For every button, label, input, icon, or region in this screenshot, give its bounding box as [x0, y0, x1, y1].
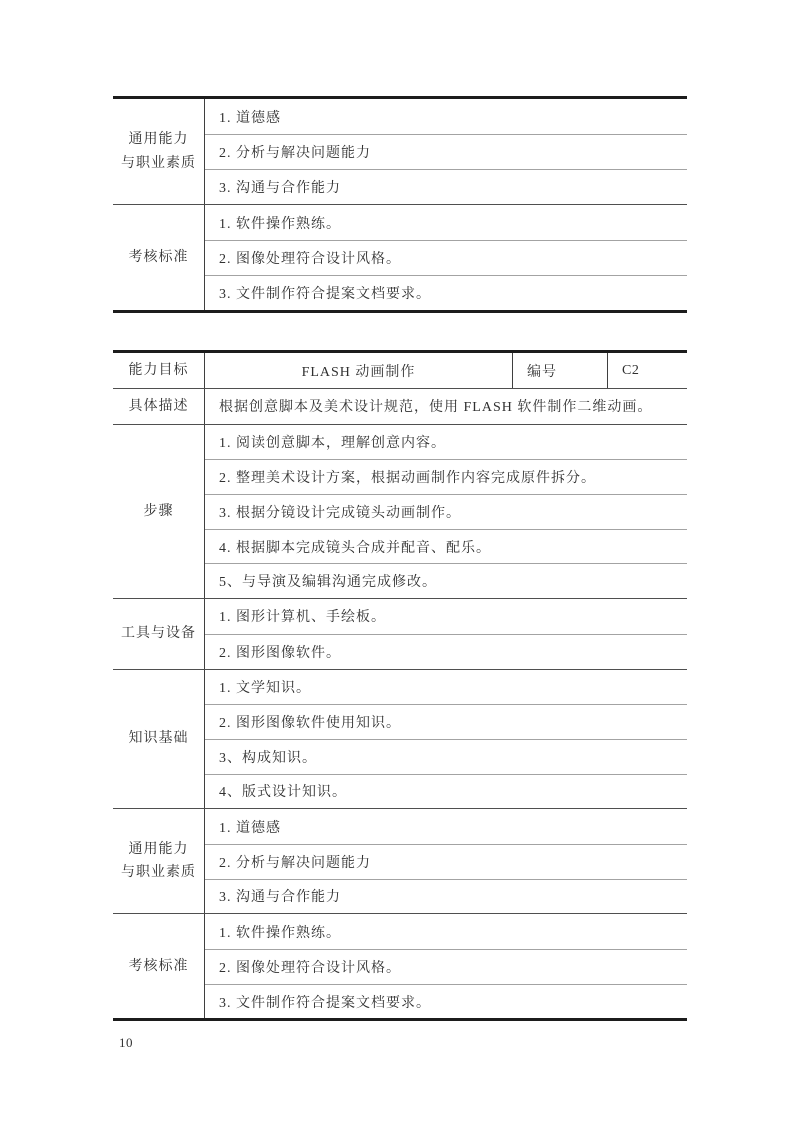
section-knowledge-base: 知识基础 1. 文学知识。 2. 图形图像软件使用知识。 3、构成知识。 4、版… [113, 669, 687, 809]
table-item: 3. 沟通与合作能力 [205, 879, 687, 914]
section-items: 1. 软件操作熟练。 2. 图像处理符合设计风格。 3. 文件制作符合提案文档要… [205, 914, 687, 1018]
table-item: 1. 软件操作熟练。 [205, 914, 687, 949]
table-item: 根据创意脚本及美术设计规范，使用 FLASH 软件制作二维动画。 [205, 389, 687, 424]
row-group-label: 通用能力 与职业素质 [113, 99, 205, 204]
table-item: 4、版式设计知识。 [205, 774, 687, 809]
row-group-label: 工具与设备 [113, 599, 205, 668]
section-items: 根据创意脚本及美术设计规范，使用 FLASH 软件制作二维动画。 [205, 389, 687, 424]
capability-header-row: 能力目标 FLASH 动画制作 编号 C2 [113, 353, 687, 388]
table-item: 5、与导演及编辑沟通完成修改。 [205, 563, 687, 598]
table-item: 1. 图形计算机、手绘板。 [205, 599, 687, 634]
code-value: C2 [607, 353, 687, 388]
section-items: 1. 图形计算机、手绘板。 2. 图形图像软件。 [205, 599, 687, 668]
table-item: 2. 图像处理符合设计风格。 [205, 240, 687, 275]
table-item: 2. 整理美术设计方案，根据动画制作内容完成原件拆分。 [205, 459, 687, 494]
section-tools-equipment: 工具与设备 1. 图形计算机、手绘板。 2. 图形图像软件。 [113, 598, 687, 668]
section-general-ability: 通用能力 与职业素质 1. 道德感 2. 分析与解决问题能力 3. 沟通与合作能… [113, 808, 687, 913]
table-item: 1. 文学知识。 [205, 670, 687, 705]
table-item: 2. 图形图像软件使用知识。 [205, 704, 687, 739]
section-assessment-criteria: 考核标准 1. 软件操作熟练。 2. 图像处理符合设计风格。 3. 文件制作符合… [113, 204, 687, 310]
table-item: 2. 分析与解决问题能力 [205, 134, 687, 169]
section-items: 1. 阅读创意脚本，理解创意内容。 2. 整理美术设计方案，根据动画制作内容完成… [205, 425, 687, 598]
capability-goal-label: 能力目标 [113, 353, 205, 388]
section-general-ability: 通用能力 与职业素质 1. 道德感 2. 分析与解决问题能力 3. 沟通与合作能… [113, 99, 687, 204]
capability-table-c1-tail: 通用能力 与职业素质 1. 道德感 2. 分析与解决问题能力 3. 沟通与合作能… [113, 96, 687, 313]
section-items: 1. 道德感 2. 分析与解决问题能力 3. 沟通与合作能力 [205, 99, 687, 204]
row-group-label: 步骤 [113, 425, 205, 598]
capability-title: FLASH 动画制作 [205, 353, 512, 388]
table-item: 2. 图形图像软件。 [205, 634, 687, 669]
table-item: 2. 图像处理符合设计风格。 [205, 949, 687, 984]
section-items: 1. 软件操作熟练。 2. 图像处理符合设计风格。 3. 文件制作符合提案文档要… [205, 205, 687, 310]
table-item: 3、构成知识。 [205, 739, 687, 774]
table-item: 1. 软件操作熟练。 [205, 205, 687, 240]
table-item: 3. 根据分镜设计完成镜头动画制作。 [205, 494, 687, 529]
section-items: 1. 文学知识。 2. 图形图像软件使用知识。 3、构成知识。 4、版式设计知识… [205, 670, 687, 809]
row-group-label: 考核标准 [113, 914, 205, 1018]
code-label: 编号 [512, 353, 607, 388]
page-number: 10 [119, 1035, 133, 1051]
section-description: 具体描述 根据创意脚本及美术设计规范，使用 FLASH 软件制作二维动画。 [113, 388, 687, 424]
section-steps: 步骤 1. 阅读创意脚本，理解创意内容。 2. 整理美术设计方案，根据动画制作内… [113, 424, 687, 598]
table-item: 3. 沟通与合作能力 [205, 169, 687, 204]
table-item: 1. 阅读创意脚本，理解创意内容。 [205, 425, 687, 460]
table-item: 3. 文件制作符合提案文档要求。 [205, 275, 687, 310]
table-item: 2. 分析与解决问题能力 [205, 844, 687, 879]
table-item: 3. 文件制作符合提案文档要求。 [205, 984, 687, 1019]
table-item: 1. 道德感 [205, 809, 687, 844]
section-assessment-criteria: 考核标准 1. 软件操作熟练。 2. 图像处理符合设计风格。 3. 文件制作符合… [113, 913, 687, 1018]
row-group-label: 通用能力 与职业素质 [113, 809, 205, 913]
row-group-label: 具体描述 [113, 389, 205, 424]
document-page: 通用能力 与职业素质 1. 道德感 2. 分析与解决问题能力 3. 沟通与合作能… [0, 0, 800, 1131]
table-item: 1. 道德感 [205, 99, 687, 134]
table-item: 4. 根据脚本完成镜头合成并配音、配乐。 [205, 529, 687, 564]
row-group-label: 知识基础 [113, 670, 205, 809]
capability-table-c2: 能力目标 FLASH 动画制作 编号 C2 具体描述 根据创意脚本及美术设计规范… [113, 350, 687, 1021]
row-group-label: 考核标准 [113, 205, 205, 310]
section-items: 1. 道德感 2. 分析与解决问题能力 3. 沟通与合作能力 [205, 809, 687, 913]
